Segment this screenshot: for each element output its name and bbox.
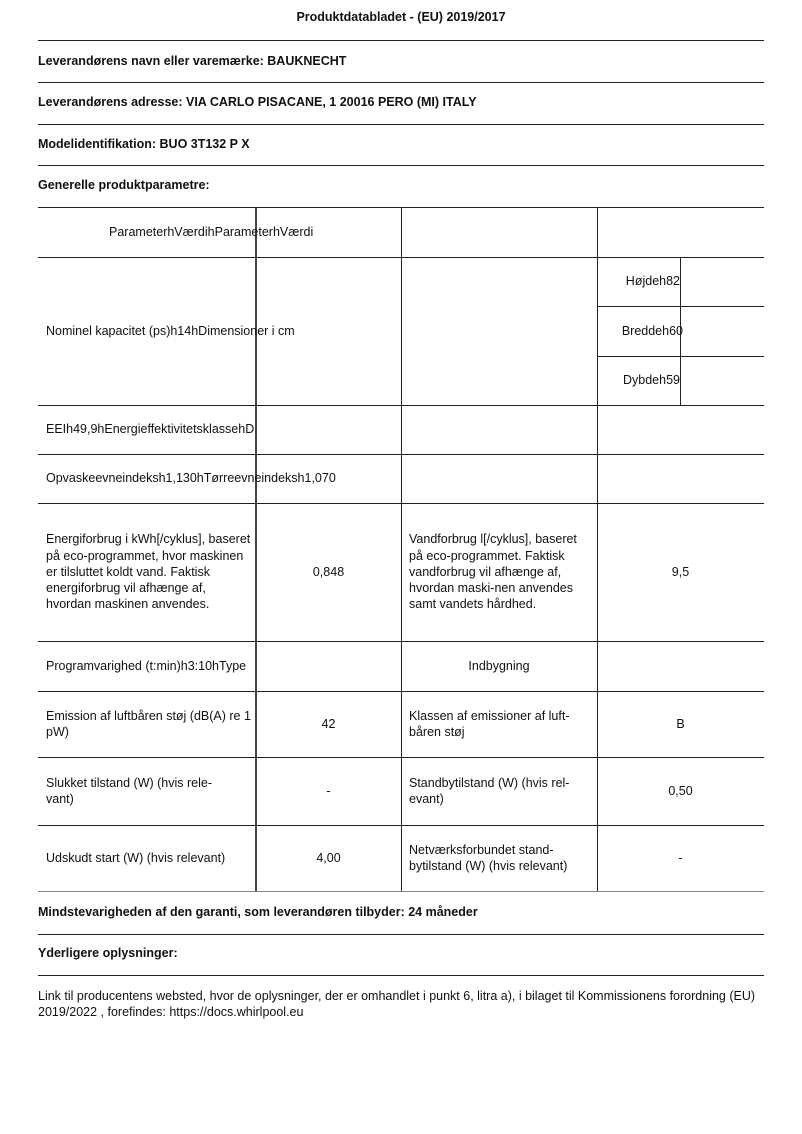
water-value: 9,5 [597,503,764,641]
table-border [401,208,402,891]
divider [38,40,764,41]
index-row: Opvaskeevneindeksh1,130hTørreevneindeksh… [46,454,336,503]
divider [38,165,764,166]
water-label: Vandforbrug l[/cyklus], baseret på eco-p… [409,503,589,641]
warranty-text: Mindstevarigheden af den garanti, som le… [38,905,478,919]
dimension-width: Breddeh60 [597,306,683,356]
supplier-name: Leverandørens navn eller varemærke: BAUK… [38,54,346,68]
networked-standby-label: Netværksforbundet stand-bytilstand (W) (… [409,825,594,891]
noise-class-value: B [597,691,764,757]
divider [38,934,764,935]
networked-standby-value: - [597,825,764,891]
off-mode-label: Slukket tilstand (W) (hvis rele-vant) [46,757,236,825]
table-border [38,208,39,891]
delay-start-label: Udskudt start (W) (hvis relevant) [46,825,225,891]
off-mode-value: - [256,757,401,825]
dimension-height: Højdeh82 [597,257,680,306]
energy-label: Energiforbrug i kWh[/cyklus], baseret på… [46,503,251,641]
energy-value: 0,848 [256,503,401,641]
standby-value: 0,50 [597,757,764,825]
general-params-heading: Generelle produktparametre: [38,178,210,192]
divider [38,82,764,83]
table-border [38,891,764,892]
manufacturer-link-text: Link til producentens websted, hvor de o… [38,988,764,1021]
divider [38,124,764,125]
table-header: ParameterhVærdihParameterhVærdi [109,208,313,257]
capacity-row: Nominel kapacitet (ps)h14hDimensioner i … [46,257,295,405]
supplier-address: Leverandørens adresse: VIA CARLO PISACAN… [38,95,477,109]
dimension-depth: Dybdeh59 [597,356,680,405]
additional-info-heading: Yderligere oplysninger: [38,946,178,960]
eei-row: EEIh49,9hEnergieffektivitetsklassehD [46,405,254,454]
standby-label: Standbytilstand (W) (hvis rel-evant) [409,757,589,825]
page-title: Produktdatabladet - (EU) 2019/2017 [0,10,802,24]
noise-value: 42 [256,691,401,757]
type-value: Indbygning [401,641,597,691]
divider [38,975,764,976]
model-identification: Modelidentifikation: BUO 3T132 P X [38,137,250,151]
noise-label: Emission af luftbåren støj (dB(A) re 1 p… [46,691,251,757]
delay-start-value: 4,00 [256,825,401,891]
program-duration-row: Programvarighed (t:min)h3:10hType [46,641,246,691]
noise-class-label: Klassen af emissioner af luft-båren støj [409,691,591,757]
